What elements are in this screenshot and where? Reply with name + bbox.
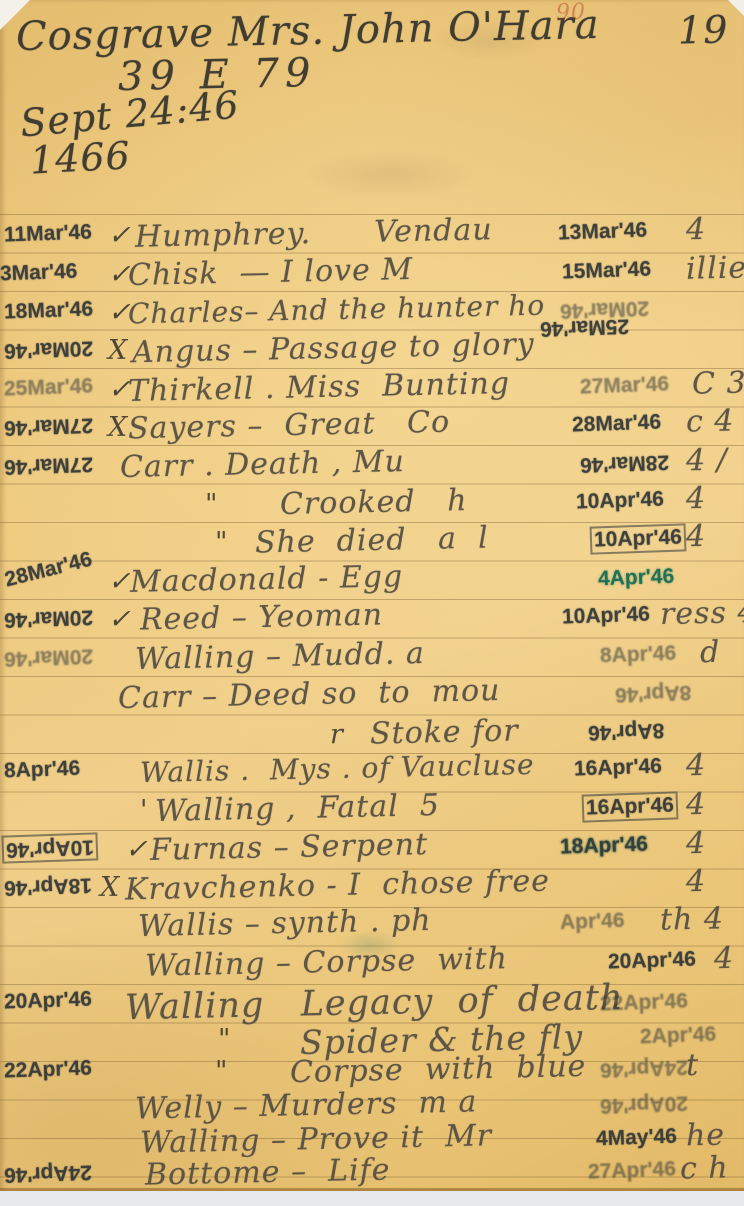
loan-date-stamp: 25Mar'46 [4, 374, 94, 401]
margin-note: th 4 [660, 901, 725, 937]
entry-text: Charles– And the hunter ho [128, 289, 546, 331]
margin-note: c 4 [686, 403, 735, 439]
entry-row: 20Mar'46 ✓ Reed – Yeoman 10Apr'46 ress 4 [0, 600, 744, 640]
entry-row: Carr – Deed so to mou 8Apr'46 [0, 677, 744, 717]
return-date-stamp: Apr'46 [560, 909, 625, 935]
margin-note: 4 [686, 864, 707, 899]
return-date-stamp: 10Apr'46 [562, 602, 651, 629]
entry-row: 8Apr'46 Wallis . Mys . of Vaucluse 16Apr… [0, 752, 744, 792]
entry-text: Walling , Fatal 5 [155, 788, 441, 829]
ditto-mark: " [205, 489, 217, 520]
return-date-stamp: 10Apr'46 [592, 525, 685, 552]
entry-row: 27Mar'46 Carr . Death , Mu 28Mar'46 4 / [0, 447, 744, 487]
entry-row: 11Mar'46 ✓ Humphrey. Vendau 13Mar'46 4 [0, 216, 744, 256]
entry-row: 25Mar'46 ✓ Thirkell . Miss Bunting 27Mar… [0, 370, 744, 410]
margin-note: 4 / [686, 443, 728, 479]
entry-row: 20Mar'46 Walling – Mudd. a 8Apr'46 d [0, 639, 744, 679]
check-mark: X [108, 412, 127, 443]
entry-row: 3Mar'46 ✓ Chisk — I love M 15Mar'46 illi… [0, 255, 744, 295]
margin-note: 4 [686, 787, 707, 822]
entry-row: 28Mar'46 ✓ Macdonald - Egg 4Apr'46 [0, 562, 744, 602]
check-mark: X [108, 335, 127, 366]
loan-date-stamp: 8Apr'46 [4, 757, 81, 784]
return-date-stamp: 16Apr'46 [584, 793, 677, 820]
loan-date-stamp: 24Apr'46 [4, 1159, 93, 1186]
margin-note: 4 [686, 748, 707, 783]
return-date-stamp: 24Apr'46 [600, 1054, 689, 1081]
entry-text: Bottome – Life [145, 1152, 391, 1192]
entry-row: r Stoke for 8Apr'46 [0, 715, 744, 755]
entry-row: 18Mar'46 ✓ Charles– And the hunter ho 20… [0, 293, 744, 333]
card-corner-sliver [728, 0, 744, 16]
margin-note: 4 [686, 826, 707, 861]
loan-date-stamp: 20Mar'46 [4, 643, 94, 670]
loan-date-stamp: 20Mar'46 [4, 335, 94, 362]
entry-text: Corpse with blue [290, 1049, 587, 1090]
check-mark: X [100, 872, 119, 903]
margin-note: illie‵ [686, 250, 744, 286]
return-date-stamp: 22Apr'46 [600, 989, 689, 1016]
entry-row: 24Apr'46 Bottome – Life 27Apr'46 c h [0, 1155, 744, 1195]
return-date-stamp: 8Apr'46 [600, 642, 677, 669]
entry-text: Wallis – synth . ph [138, 903, 432, 944]
return-date-stamp-green: 4Apr'46 [598, 565, 675, 592]
margin-note: t [686, 1048, 700, 1083]
return-date-stamp: 13Mar'46 [558, 218, 648, 245]
margin-note: he [686, 1118, 726, 1154]
entry-text: Thirkell . Miss Bunting [128, 366, 511, 409]
margin-note: 4 [686, 212, 707, 247]
loan-date-stamp: 3Mar'46 [0, 260, 78, 287]
check-mark: ' [140, 795, 147, 826]
loan-date-stamp: 27Mar'46 [4, 451, 94, 478]
ditto-mark: " [215, 1056, 227, 1087]
entry-row: " Crooked h 10Apr'46 4 [0, 485, 744, 525]
return-date-stamp: 20Apr'46 [608, 947, 697, 974]
smudge [300, 150, 480, 200]
return-date-stamp: 15Mar'46 [562, 257, 652, 284]
return-date-stamp: 4May'46 [596, 1125, 678, 1152]
check-mark: ✓ [108, 604, 131, 635]
margin-note: d [700, 635, 721, 670]
entry-row: Wallis – synth . ph Apr'46 th 4 [0, 906, 744, 946]
entry-text: Kravchenko - I chose free [125, 864, 551, 908]
loan-date-stamp: 20Apr'46 [4, 987, 93, 1014]
margin-note: 4 [686, 481, 707, 516]
return-date-stamp: 27Apr'46 [588, 1157, 677, 1184]
ditto-mark: " [218, 1024, 230, 1055]
return-date-stamp: 28Mar'46 [572, 410, 662, 437]
entry-text: Crooked h [280, 483, 468, 522]
entry-text: Carr . Death , Mu [120, 444, 406, 485]
entry-text: Reed – Yeoman [140, 597, 384, 637]
entry-row: 20Apr'46 Walling Legacy of death 22Apr'4… [0, 983, 744, 1023]
loan-date-stamp: 10Apr'46 [4, 834, 97, 861]
loan-date-stamp: 18Mar'46 [4, 297, 94, 324]
entry-text: Chisk — I love M [128, 252, 414, 293]
loan-date-stamp: 20Mar'46 [4, 604, 94, 631]
registration-date: Sept 24:46 [19, 83, 242, 146]
library-card: Cosgrave Mrs. John O'Hara 19 90 39 E 79 … [0, 0, 744, 1191]
red-pencil-mark: 90 [556, 0, 587, 25]
return-date-stamp: 10Apr'46 [576, 487, 665, 514]
check-mark: ✓ [108, 566, 131, 597]
entry-text: Walling – Corpse with [145, 941, 509, 984]
margin-note: ress 4 [660, 595, 744, 632]
margin-note: c h [680, 1150, 729, 1186]
loan-date-stamp: 18Apr'46 [4, 872, 93, 899]
margin-note: 4 [714, 941, 735, 976]
entry-text: Stoke for [370, 713, 519, 751]
return-date-stamp: 16Apr'46 [574, 754, 663, 781]
check-mark: r [330, 719, 343, 750]
entry-text: Wallis . Mys . of Vaucluse [140, 748, 535, 789]
loan-date-stamp: 27Mar'46 [4, 412, 94, 439]
entry-text: Humphrey. Vendau [135, 212, 493, 254]
return-date-stamp: 8Apr'46 [615, 680, 692, 707]
entry-row: 10Apr'46 ✓ Furnas – Serpent 18Apr'46 4 [0, 830, 744, 870]
entry-row: " She died a l 10Apr'46 4 [0, 523, 744, 563]
margin-note: 4 [686, 519, 707, 554]
ditto-mark: " [215, 527, 227, 558]
entry-row: 20Mar'46 X Angus – Passage to glory [0, 331, 744, 371]
check-mark: ✓ [108, 220, 131, 251]
entry-text: Angus – Passage to glory [132, 327, 535, 370]
entry-row: ' Walling , Fatal 5 16Apr'46 4 [0, 791, 744, 831]
entry-row: Walling – Corpse with 20Apr'46 4 [0, 945, 744, 985]
margin-note: C 3 [692, 365, 744, 401]
entry-text: Carr – Deed so to mou [118, 673, 501, 716]
return-date-stamp: 18Apr'46 [560, 832, 649, 859]
entry-row: 27Mar'46 X Sayers – Great Co 28Mar'46 c … [0, 408, 744, 448]
page-number: 19 [677, 7, 728, 52]
card-number: 1466 [29, 133, 132, 182]
loan-date-stamp: 22Apr'46 [4, 1056, 93, 1083]
entry-text: Macdonald - Egg [130, 559, 404, 600]
loan-date-stamp: 11Mar'46 [4, 220, 93, 247]
entry-text: Sayers – Great Co [128, 405, 451, 447]
entry-text: Walling – Mudd. a [135, 636, 426, 677]
entry-row: 18Apr'46 X Kravchenko - I chose free 4 [0, 868, 744, 908]
return-date-stamp: 27Mar'46 [580, 372, 670, 399]
return-date-stamp: 2Apr'46 [640, 1023, 717, 1050]
entry-text: Furnas – Serpent [150, 827, 429, 868]
return-date-stamp: 28Mar'46 [580, 449, 670, 476]
return-date-stamp: 20Apr'46 [600, 1090, 689, 1117]
entry-text: She died a l [255, 521, 489, 561]
return-date-stamp: 8Apr'46 [588, 718, 665, 745]
scanner-background: Cosgrave Mrs. John O'Hara 19 90 39 E 79 … [0, 0, 744, 1206]
check-mark: ✓ [125, 834, 148, 865]
